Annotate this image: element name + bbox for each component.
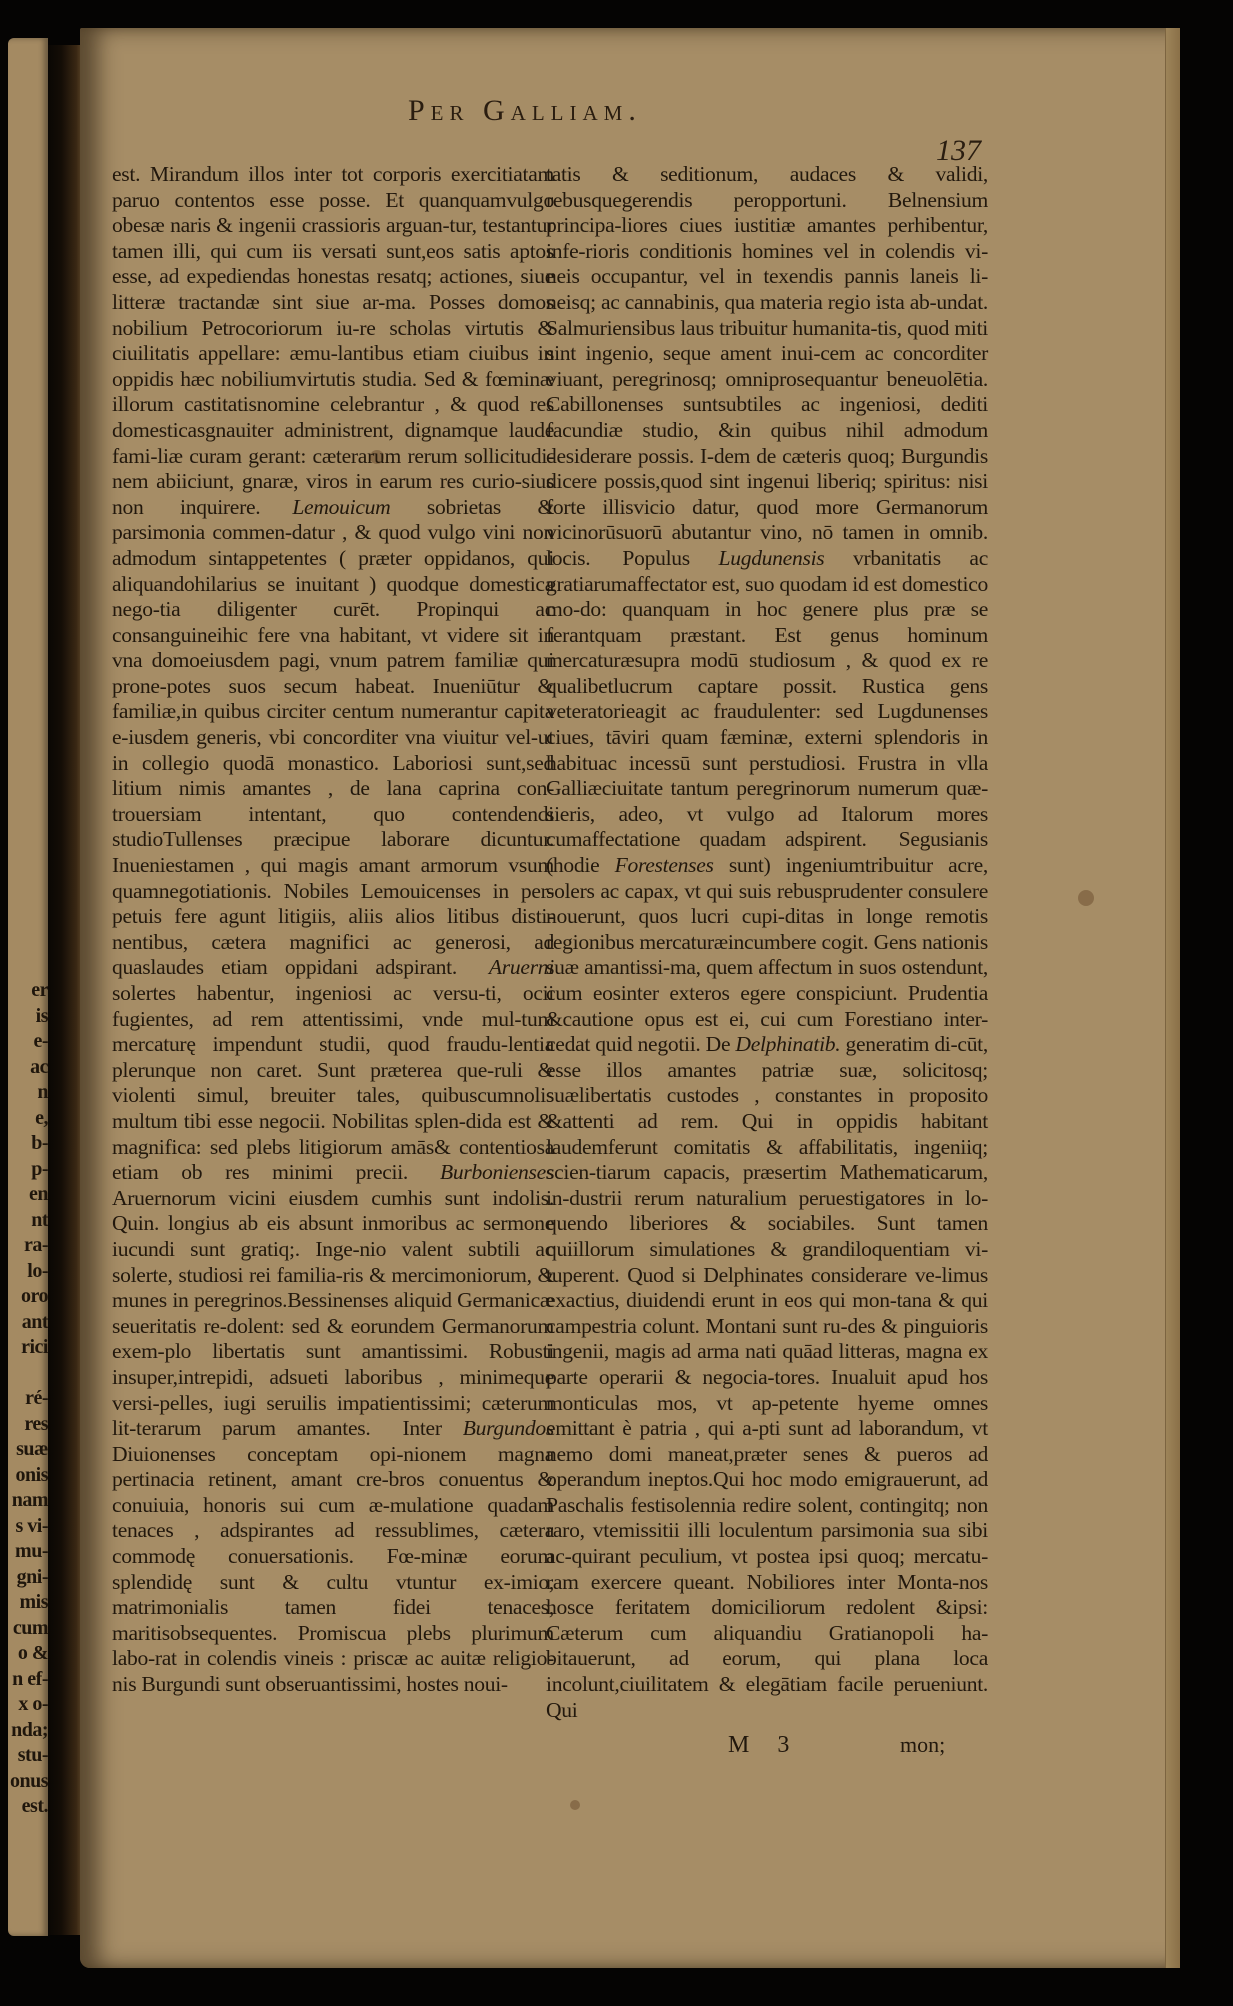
margin-fragment: ac	[8, 1055, 48, 1081]
catchword: mon;	[900, 1732, 945, 1758]
previous-page-edge: erise-acne,b-p-enntra-lo-oroantrici ré-r…	[8, 38, 48, 1936]
text-line: quirant peculium, vt postea ipsi quoq; m…	[571, 1544, 988, 1568]
running-head: Per Galliam.	[408, 94, 642, 128]
margin-fragment: p-	[8, 1157, 48, 1183]
text-line: nis Burgundi sunt obseruantissimi, hoste…	[112, 1672, 508, 1696]
foxing-stain	[1078, 890, 1094, 906]
margin-fragment: stu-	[8, 1743, 48, 1769]
text-line: terarum parum amantes.	[136, 1416, 370, 1440]
text-line: ram exercere queant. Nobiliores inter Mo…	[546, 1570, 959, 1594]
text-line: rioris conditionis homines vel in colend…	[585, 239, 988, 263]
margin-fragment: e-	[8, 1029, 48, 1055]
margin-fragment: is	[8, 1004, 48, 1030]
text-line: est. Mirandum illos inter tot corporis e…	[112, 162, 523, 186]
text-line: neisq; ac cannabinis, qua materia regio …	[546, 290, 936, 314]
left-text-column: est. Mirandum illos inter tot corporis e…	[112, 162, 554, 1698]
margin-fragment: er	[8, 978, 48, 1004]
text-line: iusdem generis, vbi concorditer vna viui…	[128, 725, 538, 749]
text-line: rat in colendis vineis : priscæ ac auitæ…	[155, 1646, 554, 1670]
text-line: tuperent. Quod si Delphinates considerar…	[546, 1263, 942, 1287]
margin-fragment: onus	[8, 1769, 48, 1795]
margin-fragment: onis	[8, 1463, 48, 1489]
margin-fragment: suæ	[8, 1437, 48, 1463]
margin-fragment: cum	[8, 1616, 48, 1642]
margin-fragment: n	[8, 1080, 48, 1106]
margin-fragment: nam	[8, 1488, 48, 1514]
text-line: petuis fere agunt litigiis, aliis alios …	[112, 904, 554, 928]
margin-fragment: x o-	[8, 1692, 48, 1718]
text-line: illorum simulationes & grandiloquentiam …	[573, 1237, 988, 1261]
text-line: cautione opus est ei, cui cum Forestiano…	[563, 1007, 989, 1031]
text-line: negotiationis. Nobiles Lemouicenses in p…	[159, 879, 554, 903]
text-line: neis occupantur, vel in texendis pannis …	[546, 264, 988, 288]
margin-fragment: rici	[8, 1335, 48, 1361]
margin-fragment: ant	[8, 1310, 48, 1336]
text-line: laudes etiam oppidani adspirant.	[150, 955, 457, 979]
margin-fragment: est.	[8, 1794, 48, 1820]
text-line: liæ curam gerant: cæterarum rerum sollic…	[157, 444, 554, 468]
foxing-stain	[570, 1800, 580, 1810]
margin-fragment: en	[8, 1182, 48, 1208]
margin-fragment: e,	[8, 1106, 48, 1132]
printer-signature-mark: M 3	[728, 1732, 789, 1759]
margin-fragment: mu-	[8, 1539, 48, 1565]
margin-fragment: ré-	[8, 1386, 48, 1412]
margin-fragment: res	[8, 1412, 48, 1438]
text-line: affectatione quadam adspirent.	[582, 827, 866, 851]
margin-fragment: b-	[8, 1131, 48, 1157]
margin-fragment: mis	[8, 1590, 48, 1616]
margin-fragment: lo-	[8, 1259, 48, 1285]
margin-fragment: n ef-	[8, 1667, 48, 1693]
margin-fragment: ra-	[8, 1233, 48, 1259]
margin-fragment: nt	[8, 1208, 48, 1234]
text-line: cedat quid negotii. De Delphinatib. gene…	[546, 1032, 957, 1056]
text-line: nem abiiciunt, gnaræ, viros in earum res…	[112, 469, 522, 493]
margin-fragment: oro	[8, 1284, 48, 1310]
text-line: dustrii rerum naturalium peruestigatores…	[569, 1186, 988, 1210]
text-line: ciuitate tantum peregrinorum numerum quæ…	[602, 776, 988, 800]
margin-fragment: nda;	[8, 1718, 48, 1744]
margin-fragment: o &	[8, 1641, 48, 1667]
previous-page-text-fragments: erise-acne,b-p-enntra-lo-oroantrici ré-r…	[8, 978, 48, 1820]
margin-fragment: gni-	[8, 1565, 48, 1591]
margin-fragment	[8, 1361, 48, 1387]
right-text-column: tatis & seditionum, audaces & validi, re…	[546, 162, 988, 1723]
margin-fragment: s vi-	[8, 1514, 48, 1540]
